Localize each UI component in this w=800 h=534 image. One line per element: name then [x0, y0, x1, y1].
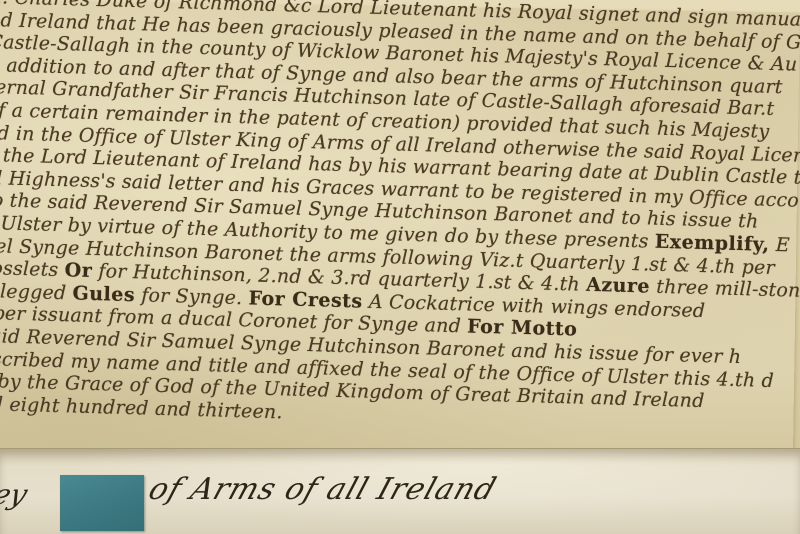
- document-photo: ... Charles Duke of Richmond &c Lord Lie…: [0, 0, 800, 534]
- tincture-azure: Azure: [586, 274, 651, 298]
- seal-ribbon: [60, 475, 144, 531]
- gothic-heading-exemplify: Exemplify,: [655, 231, 770, 256]
- tincture-gules: Gules: [72, 282, 135, 306]
- gothic-heading-crests: For Crests: [248, 287, 363, 312]
- text-segment: for Synge.: [135, 284, 243, 309]
- handwritten-text-block: ... Charles Duke of Richmond &c Lord Lie…: [0, 0, 800, 438]
- tincture-or: Or: [64, 259, 92, 282]
- text-segment: E: [769, 234, 790, 257]
- ulster-signature: of Arms of all Ireland: [144, 472, 501, 507]
- text-segment: rosslets: [0, 257, 59, 281]
- text-segment: d legged: [0, 280, 67, 304]
- gothic-heading-motto: For Motto: [467, 316, 578, 341]
